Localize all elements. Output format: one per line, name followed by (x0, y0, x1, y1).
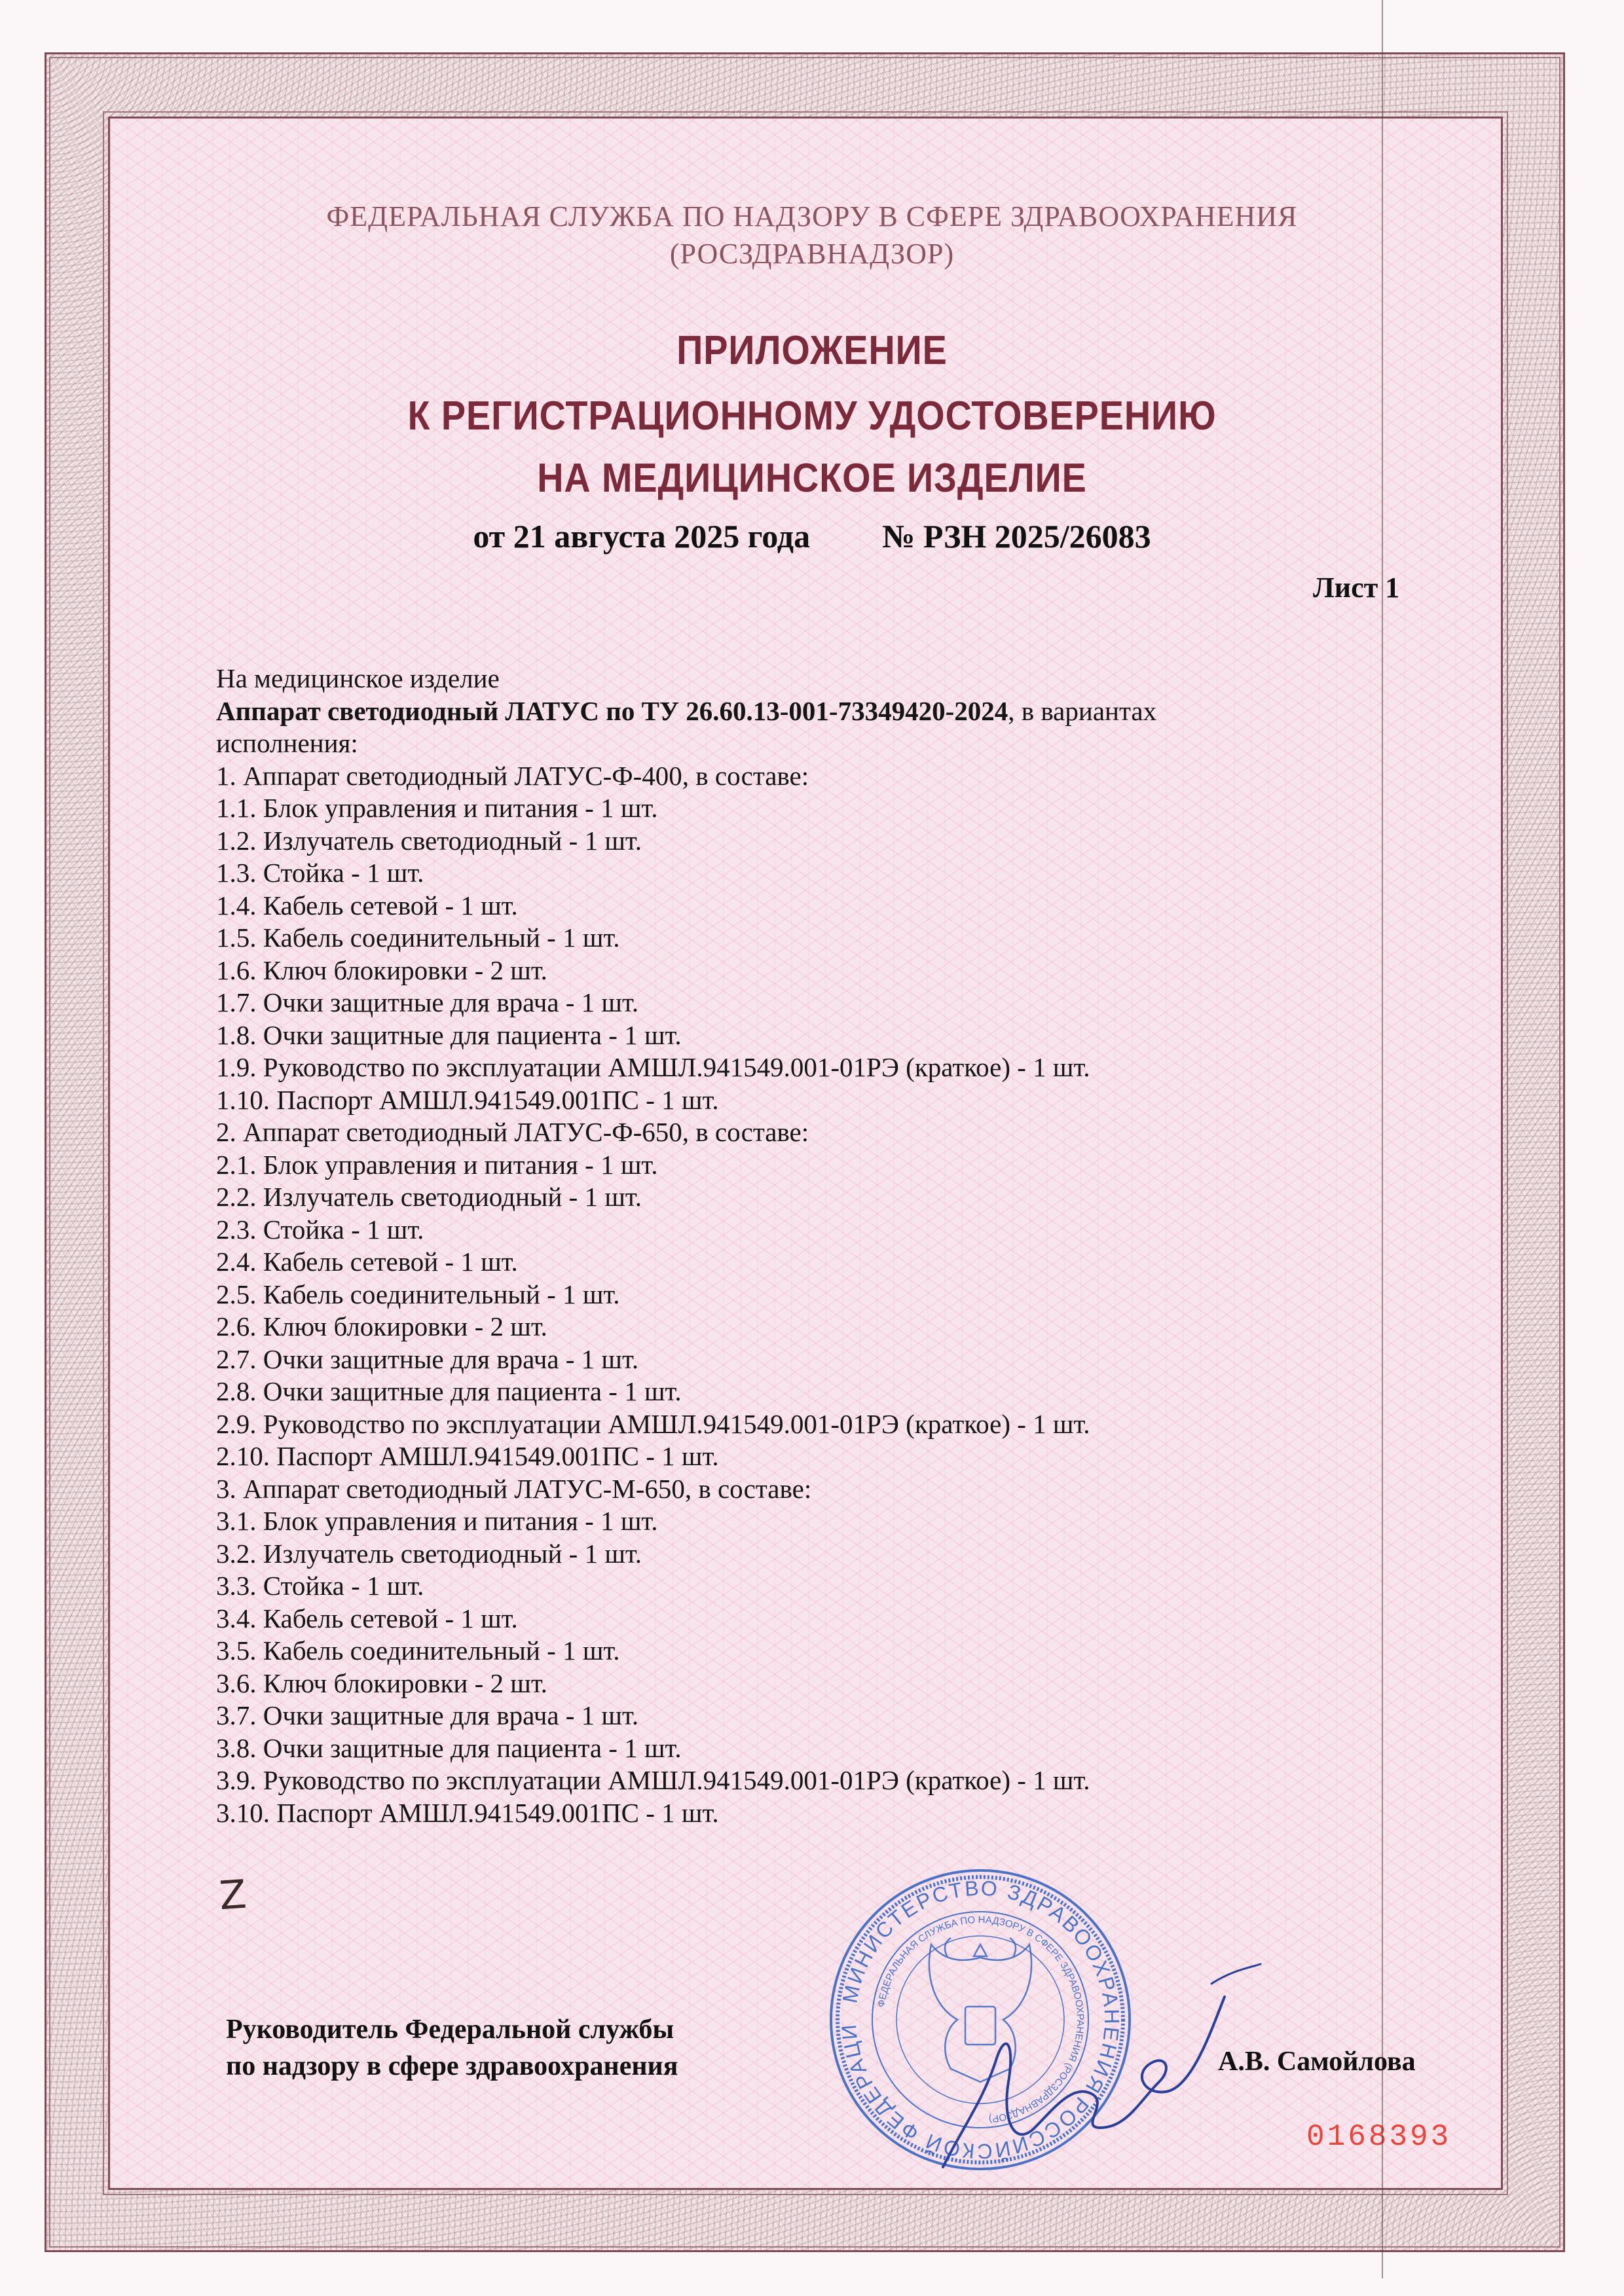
form-serial-number: 0168393 (1306, 2120, 1451, 2154)
intro-line: На медицинское изделие (216, 663, 1408, 695)
signer-position: Руководитель Федеральной службы по надзо… (226, 2011, 678, 2085)
signer-name: А.В. Самойлова (1218, 2046, 1416, 2077)
document-title-line1: ПРИЛОЖЕНИЕ (81, 327, 1543, 374)
component-item: 3.4. Кабель сетевой - 1 шт. (216, 1603, 1408, 1635)
registration-line: от 21 августа 2025 года№ РЗН 2025/26083 (0, 517, 1624, 555)
variant-title: 2. Аппарат светодиодный ЛАТУС-Ф-650, в с… (216, 1116, 1408, 1149)
product-line: Аппарат светодиодный ЛАТУС по ТУ 26.60.1… (216, 695, 1408, 728)
component-item: 2.1. Блок управления и питания - 1 шт. (216, 1149, 1408, 1182)
component-item: 2.10. Паспорт АМШЛ.941549.001ПС - 1 шт. (216, 1440, 1408, 1473)
device-description: На медицинское изделие Аппарат светодиод… (216, 663, 1408, 1829)
document-title-line3: НА МЕДИЦИНСКОЕ ИЗДЕЛИЕ (81, 455, 1543, 501)
component-item: 1.9. Руководство по эксплуатации АМШЛ.94… (216, 1051, 1408, 1084)
registration-date: от 21 августа 2025 года (473, 518, 810, 555)
agency-abbreviation: (РОСЗДРАВНАДЗОР) (0, 237, 1624, 270)
registration-number: № РЗН 2025/26083 (882, 518, 1151, 555)
component-item: 2.9. Руководство по эксплуатации АМШЛ.94… (216, 1408, 1408, 1441)
sheet-number: Лист 1 (1313, 571, 1399, 604)
component-item: 1.2. Излучатель светодиодный - 1 шт. (216, 825, 1408, 858)
product-suffix: , в вариантах (1008, 696, 1156, 726)
handwritten-signature (884, 1931, 1264, 2180)
component-item: 2.2. Излучатель светодиодный - 1 шт. (216, 1181, 1408, 1214)
variant-title: 3. Аппарат светодиодный ЛАТУС-М-650, в с… (216, 1473, 1408, 1506)
signer-position-line1: Руководитель Федеральной службы (226, 2011, 678, 2048)
document-title-line2: К РЕГИСТРАЦИОННОМУ УДОСТОВЕРЕНИЮ (81, 393, 1543, 439)
component-item: 1.4. Кабель сетевой - 1 шт. (216, 890, 1408, 922)
component-item: 3.8. Очки защитные для пациента - 1 шт. (216, 1732, 1408, 1765)
component-item: 3.10. Паспорт АМШЛ.941549.001ПС - 1 шт. (216, 1797, 1408, 1830)
component-item: 2.6. Ключ блокировки - 2 шт. (216, 1311, 1408, 1343)
variant-title: 1. Аппарат светодиодный ЛАТУС-Ф-400, в с… (216, 760, 1408, 793)
component-item: 1.7. Очки защитные для врача - 1 шт. (216, 987, 1408, 1019)
component-item: 3.2. Излучатель светодиодный - 1 шт. (216, 1538, 1408, 1571)
scan-artifact-line (1382, 0, 1383, 2278)
variants-list: 1. Аппарат светодиодный ЛАТУС-Ф-400, в с… (216, 760, 1408, 1830)
component-item: 2.5. Кабель соединительный - 1 шт. (216, 1279, 1408, 1311)
component-item: 1.5. Кабель соединительный - 1 шт. (216, 922, 1408, 955)
signer-position-line2: по надзору в сфере здравоохранения (226, 2048, 678, 2085)
component-item: 3.6. Ключ блокировки - 2 шт. (216, 1667, 1408, 1700)
component-item: 2.8. Очки защитные для пациента - 1 шт. (216, 1376, 1408, 1408)
component-item: 1.10. Паспорт АМШЛ.941549.001ПС - 1 шт. (216, 1084, 1408, 1117)
component-item: 1.3. Стойка - 1 шт. (216, 857, 1408, 890)
component-item: 3.7. Очки защитные для врача - 1 шт. (216, 1700, 1408, 1732)
component-item: 3.9. Руководство по эксплуатации АМШЛ.94… (216, 1764, 1408, 1797)
component-item: 2.3. Стойка - 1 шт. (216, 1214, 1408, 1247)
component-item: 1.8. Очки защитные для пациента - 1 шт. (216, 1019, 1408, 1052)
component-item: 3.5. Кабель соединительный - 1 шт. (216, 1635, 1408, 1667)
component-item: 1.6. Ключ блокировки - 2 шт. (216, 955, 1408, 987)
agency-name: ФЕДЕРАЛЬНАЯ СЛУЖБА ПО НАДЗОРУ В СФЕРЕ ЗД… (0, 200, 1624, 233)
component-item: 2.4. Кабель сетевой - 1 шт. (216, 1246, 1408, 1279)
component-item: 2.7. Очки защитные для врача - 1 шт. (216, 1343, 1408, 1376)
component-item: 3.3. Стойка - 1 шт. (216, 1570, 1408, 1603)
component-item: 1.1. Блок управления и питания - 1 шт. (216, 792, 1408, 825)
product-name: Аппарат светодиодный ЛАТУС по ТУ 26.60.1… (216, 696, 1008, 726)
handwritten-mark: Z (218, 1872, 248, 1920)
variants-label: исполнения: (216, 727, 1408, 760)
component-item: 3.1. Блок управления и питания - 1 шт. (216, 1505, 1408, 1538)
